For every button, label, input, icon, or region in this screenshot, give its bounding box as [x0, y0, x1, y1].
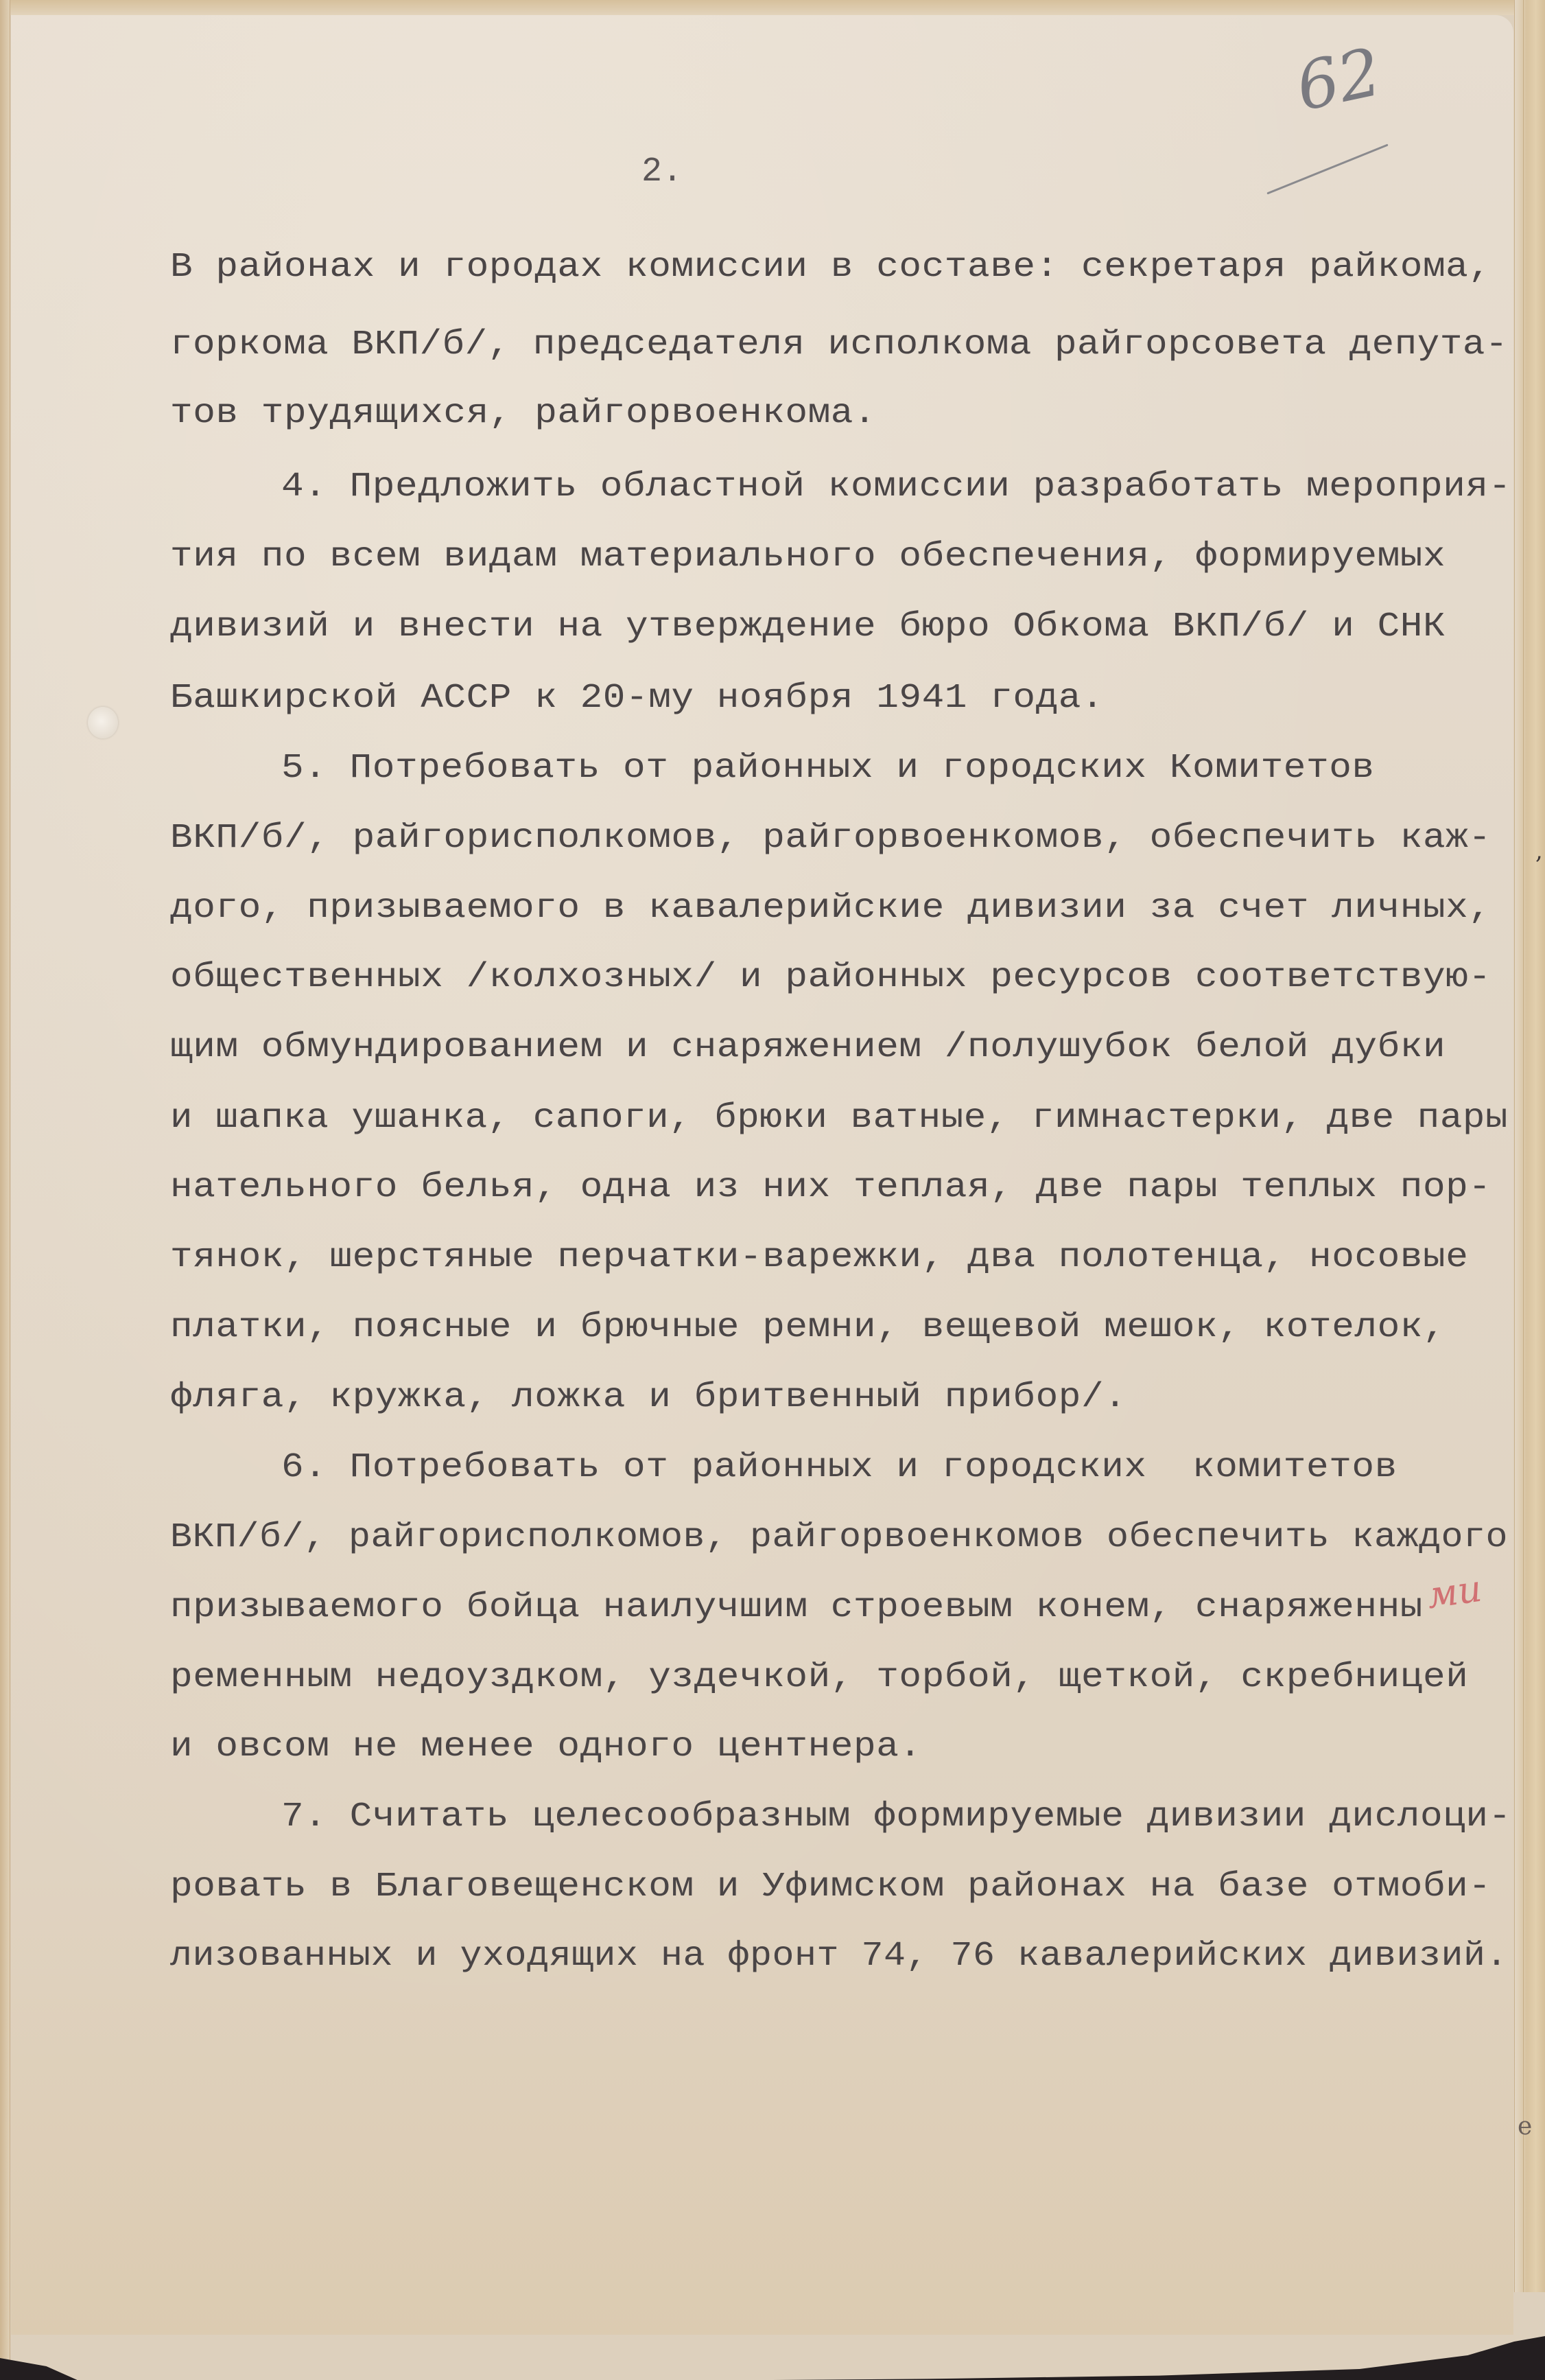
- typed-line: ВКП/б/, райгорисполкомов, райгорвоенкомо…: [170, 1521, 1508, 1555]
- typed-line: Башкирской АССР к 20-му ноября 1941 года…: [170, 681, 1104, 716]
- typed-line: ровать в Благовещенском и Уфимском район…: [170, 1870, 1491, 1904]
- typed-line: дого, призываемого в кавалерийские дивиз…: [170, 891, 1491, 926]
- typed-line: лизованных и уходящих на фронт 74, 76 ка…: [170, 1939, 1508, 1974]
- typed-line: В районах и городах комиссии в составе: …: [170, 250, 1491, 285]
- typed-line: и шапка ушанка, сапоги, брюки ватные, ги…: [170, 1101, 1508, 1136]
- typed-line: тия по всем видам материального обеспече…: [170, 540, 1446, 574]
- typed-line: ременным недоуздком, уздечкой, торбой, щ…: [170, 1661, 1468, 1695]
- typed-line: 5. Потребовать от районных и городских К…: [281, 751, 1375, 786]
- typed-line: дивизий и внести на утверждение бюро Обк…: [170, 610, 1446, 644]
- margin-mark: ,: [1535, 837, 1543, 865]
- typed-line: 4. Предложить областной комиссии разрабо…: [281, 470, 1511, 504]
- typed-line: 6. Потребовать от районных и городских к…: [281, 1451, 1397, 1485]
- binding-edge: [0, 0, 10, 2380]
- typed-line: тов трудящихся, райгорвоенкома.: [170, 397, 876, 431]
- typed-line: горкома ВКП/б/, председателя исполкома р…: [170, 328, 1508, 362]
- typed-line: призываемого бойца наилучшим строевым ко…: [170, 1591, 1423, 1625]
- typed-line: нательного белья, одна из них теплая, дв…: [170, 1171, 1491, 1205]
- typed-line: щим обмундированием и снаряжением /полуш…: [170, 1031, 1446, 1065]
- typed-line: платки, поясные и брючные ремни, вещевой…: [170, 1311, 1446, 1345]
- typed-line: ВКП/б/, райгорисполкомов, райгорвоенкомо…: [170, 821, 1491, 856]
- typed-line: тянок, шерстяные перчатки-варежки, два п…: [170, 1241, 1468, 1275]
- margin-letter: е: [1518, 2112, 1532, 2140]
- typed-line: фляга, кружка, ложка и бритвенный прибор…: [170, 1381, 1127, 1415]
- page-number: 2.: [641, 152, 683, 191]
- underlying-page-top-edge: [0, 0, 1545, 15]
- typed-line: и овсом не менее одного центнера.: [170, 1730, 922, 1764]
- red-pencil-correction: ми: [1424, 1567, 1485, 1617]
- typed-line: 7. Считать целесообразным формируемые ди…: [281, 1800, 1511, 1834]
- punch-hole: [88, 707, 118, 738]
- typed-line: общественных /колхозных/ и районных ресу…: [170, 961, 1491, 995]
- scanned-document: 62 2. В районах и городах комиссии в сос…: [0, 0, 1545, 2380]
- stacked-pages-edge: [1514, 0, 1545, 2292]
